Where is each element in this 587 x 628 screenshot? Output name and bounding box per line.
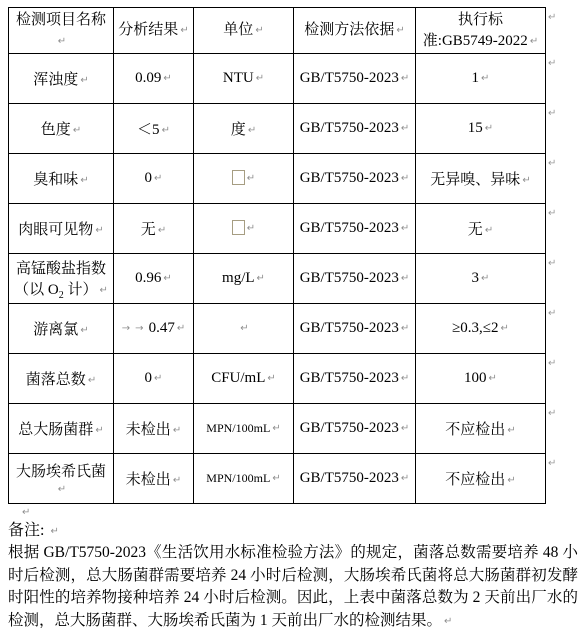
item-name-cell: 肉眼可见物↵ [9,204,114,254]
paragraph-mark-icon: ↵ [401,223,409,234]
standard-cell: 1↵ [416,54,546,104]
paragraph-mark-icon: ↵ [180,25,188,36]
header-label: 检测方法依据 [304,22,394,38]
table-row: 浑浊度↵0.09↵NTU↵GB/T5750-2023↵1↵ [9,54,546,104]
unit-cell: mg/L↵ [194,254,294,304]
paragraph-mark-icon: ↵ [247,223,255,234]
paragraph-mark-icon: ↵ [401,373,409,384]
header-label: 执行标 [458,12,503,28]
paragraph-mark-icon: ↵ [248,125,256,136]
row-end-mark-icon: ↵ [548,308,556,319]
method-cell: GB/T5750-2023↵ [294,54,416,104]
paragraph-mark-icon: ↵ [154,173,162,184]
notes-label-line: 备注: ↵ [8,519,578,542]
method-cell: GB/T5750-2023↵ [294,454,416,504]
paragraph-mark-icon: ↵ [247,173,255,184]
unit-cell: MPN/100mL↵ [194,404,294,454]
method-cell: GB/T5750-2023↵ [294,304,416,354]
method-text: GB/T5750-2023 [300,320,399,336]
water-quality-table: 检测项目名称↵ 分析结果↵ 单位↵ 检测方法依据↵ 执行标准:GB5749-20… [8,7,546,504]
table-row: 游离氯↵→→0.47↵↵GB/T5750-2023↵≥0.3,≤2↵ [9,304,546,354]
item-name-text: 臭和味 [33,172,78,188]
header-method: 检测方法依据↵ [294,8,416,54]
item-name-cell: 高锰酸盐指数（以 O2 计）↵ [9,254,114,304]
paragraph-mark-icon: ↵ [173,425,181,436]
paragraph-mark-icon: ↵ [489,373,497,384]
notes-text: 根据 GB/T5750-2023《生活饮用水标准检验方法》的规定，菌落总数需要培… [8,544,578,628]
header-row: 检测项目名称↵ 分析结果↵ 单位↵ 检测方法依据↵ 执行标准:GB5749-20… [9,8,546,54]
table-row: 大肠埃希氏菌↵未检出↵MPN/100mL↵GB/T5750-2023↵不应检出↵ [9,454,546,504]
paragraph-mark-icon: ↵ [99,285,107,296]
paragraph-mark-icon: ↵ [22,507,30,518]
method-text: GB/T5750-2023 [300,470,399,486]
standard-text: 1 [472,70,480,86]
method-cell: GB/T5750-2023↵ [294,354,416,404]
header-unit: 单位↵ [194,8,294,54]
item-name-text: 高锰酸盐指数 [16,261,106,277]
paragraph-mark-icon: ↵ [95,225,103,236]
paragraph-mark-icon: ↵ [481,273,489,284]
analysis-result-text: 0.09 [135,70,161,86]
unit-cell: NTU↵ [194,54,294,104]
row-end-mark-icon: ↵ [548,12,556,23]
paragraph-mark-icon: ↵ [80,175,88,186]
paragraph-mark-icon: ↵ [163,73,171,84]
header-standard: 执行标准:GB5749-2022↵ [416,8,546,54]
standard-text: 无异嗅、异味 [430,172,520,188]
paragraph-mark-icon: ↵ [272,423,280,434]
standard-cell: 3↵ [416,254,546,304]
item-name-cell: 游离氯↵ [9,304,114,354]
paragraph-mark-icon: ↵ [257,273,265,284]
unit-text: 度 [231,122,246,138]
item-name-cell: 大肠埃希氏菌↵ [9,454,114,504]
item-name-text: 肉眼可见物 [18,222,93,238]
notes-label: 备注: [8,522,48,539]
paragraph-mark-icon: ↵ [396,25,404,36]
row-end-mark-icon: ↵ [548,458,556,469]
table-row: 菌落总数↵0↵CFU/mL↵GB/T5750-2023↵100↵ [9,354,546,404]
unit-cell: ↵ [194,154,294,204]
unit-text: NTU [223,70,254,86]
paragraph-mark-icon: ↵ [50,526,58,537]
analysis-result-cell: 0↵ [114,354,194,404]
notes-section: ↵ 备注: ↵ 根据 GB/T5750-2023《生活饮用水标准检验方法》的规定… [8,505,578,628]
row-end-mark-icon: ↵ [548,408,556,419]
missing-glyph-box [232,220,245,235]
standard-cell: 不应检出↵ [416,404,546,454]
paragraph-mark-icon: ↵ [158,225,166,236]
paragraph-mark-icon: ↵ [80,325,88,336]
item-name-text: 总大肠菌群 [18,422,93,438]
header-label-line2: 准:GB5749-2022 [423,33,528,49]
method-cell: GB/T5750-2023↵ [294,204,416,254]
unit-text: MPN/100mL [206,421,270,435]
unit-cell: ↵ [194,204,294,254]
paragraph-mark-icon: ↵ [73,125,81,136]
standard-text: ≥0.3,≤2 [452,320,498,336]
standard-cell: ≥0.3,≤2↵ [416,304,546,354]
header-item-name: 检测项目名称↵ [9,8,114,54]
standard-cell: 无异嗅、异味↵ [416,154,546,204]
method-text: GB/T5750-2023 [300,420,399,436]
row-end-mark-icon: ↵ [548,108,556,119]
paragraph-mark-icon: ↵ [272,473,280,484]
analysis-result-cell: 0.96↵ [114,254,194,304]
header-label: 单位 [223,22,253,38]
analysis-result-cell: 0↵ [114,154,194,204]
paragraph-mark-icon: ↵ [88,375,96,386]
analysis-result-text: 0 [145,170,153,186]
standard-text: 3 [472,270,480,286]
method-text: GB/T5750-2023 [300,170,399,186]
standard-cell: 不应检出↵ [416,454,546,504]
analysis-result-cell: 未检出↵ [114,454,194,504]
method-text: GB/T5750-2023 [300,70,399,86]
table-row: 臭和味↵0↵↵GB/T5750-2023↵无异嗅、异味↵ [9,154,546,204]
method-text: GB/T5750-2023 [300,120,399,136]
analysis-result-text: ＜5 [137,122,160,138]
paragraph-mark-icon: ↵ [401,273,409,284]
row-end-mark-icon: ↵ [548,358,556,369]
method-text: GB/T5750-2023 [300,220,399,236]
standard-text: 100 [464,370,487,386]
paragraph-mark-icon: ↵ [401,473,409,484]
method-cell: GB/T5750-2023↵ [294,154,416,204]
paragraph-mark-icon: ↵ [401,123,409,134]
table-row: 色度↵＜5↵度↵GB/T5750-2023↵15↵ [9,104,546,154]
item-name-cell: 浑浊度↵ [9,54,114,104]
row-end-mark-icon: ↵ [548,158,556,169]
unit-text: mg/L [222,270,255,286]
paragraph-mark-icon: ↵ [401,323,409,334]
table-header: 检测项目名称↵ 分析结果↵ 单位↵ 检测方法依据↵ 执行标准:GB5749-20… [9,8,546,54]
paragraph-mark-icon: ↵ [507,475,515,486]
standard-cell: 100↵ [416,354,546,404]
document-page: 检测项目名称↵ 分析结果↵ 单位↵ 检测方法依据↵ 执行标准:GB5749-20… [0,0,587,628]
item-name-line2-end: 计） [64,282,98,298]
item-name-text: 大肠埃希氏菌 [16,464,106,480]
paragraph-mark-icon: ↵ [401,423,409,434]
table-row: 肉眼可见物↵无↵↵GB/T5750-2023↵无↵ [9,204,546,254]
item-name-cell: 臭和味↵ [9,154,114,204]
method-text: GB/T5750-2023 [300,270,399,286]
unit-cell: 度↵ [194,104,294,154]
item-name-cell: 菌落总数↵ [9,354,114,404]
analysis-result-cell: ＜5↵ [114,104,194,154]
paragraph-mark-icon: ↵ [530,36,538,47]
analysis-result-text: 0 [145,370,153,386]
analysis-result-cell: 未检出↵ [114,404,194,454]
paragraph-mark-icon: ↵ [522,175,530,186]
paragraph-mark-icon: ↵ [481,73,489,84]
item-name-cell: 总大肠菌群↵ [9,404,114,454]
item-name-text: 菌落总数 [26,372,86,388]
unit-cell: MPN/100mL↵ [194,454,294,504]
paragraph-mark-icon: ↵ [485,225,493,236]
row-end-mark-icon: ↵ [548,58,556,69]
paragraph-mark-icon: ↵ [173,475,181,486]
paragraph-mark-icon: ↵ [162,125,170,136]
paragraph-mark-icon: ↵ [485,123,493,134]
standard-text: 不应检出 [445,472,505,488]
standard-text: 15 [468,120,483,136]
paragraph-mark-icon: ↵ [256,73,264,84]
paragraph-mark-icon: ↵ [267,373,275,384]
row-end-mark-icon: ↵ [548,208,556,219]
item-name-cell: 色度↵ [9,104,114,154]
standard-text: 无 [468,222,483,238]
paragraph-mark-icon: ↵ [58,36,66,47]
method-text: GB/T5750-2023 [300,370,399,386]
standard-cell: 15↵ [416,104,546,154]
analysis-result-text: 无 [141,222,156,238]
unit-cell: ↵ [194,304,294,354]
table-body: 浑浊度↵0.09↵NTU↵GB/T5750-2023↵1↵色度↵＜5↵度↵GB/… [9,54,546,504]
analysis-result-text: 未检出 [126,422,171,438]
paragraph-mark-icon: ↵ [58,484,66,495]
method-cell: GB/T5750-2023↵ [294,254,416,304]
method-cell: GB/T5750-2023↵ [294,104,416,154]
row-end-mark-icon: ↵ [548,258,556,269]
item-name-line2: （以 O [14,282,59,298]
item-name-text: 浑浊度 [33,72,78,88]
paragraph-mark-icon: ↵ [401,173,409,184]
standard-cell: 无↵ [416,204,546,254]
item-name-text: 色度 [41,122,71,138]
table-row: 高锰酸盐指数（以 O2 计）↵0.96↵mg/L↵GB/T5750-2023↵3… [9,254,546,304]
paragraph-mark-icon: ↵ [95,425,103,436]
paragraph-mark-icon: ↵ [240,323,248,334]
paragraph-mark-icon: ↵ [255,25,263,36]
unit-text: CFU/mL [211,370,265,386]
header-analysis-result: 分析结果↵ [114,8,194,54]
tab-mark-icon: → [135,323,143,334]
header-label: 检测项目名称 [16,12,106,28]
paragraph-mark-icon: ↵ [163,273,171,284]
analysis-result-cell: 0.09↵ [114,54,194,104]
analysis-result-cell: 无↵ [114,204,194,254]
paragraph-mark-icon: ↵ [80,75,88,86]
paragraph-mark-icon: ↵ [401,73,409,84]
analysis-result-text: 未检出 [126,472,171,488]
method-cell: GB/T5750-2023↵ [294,404,416,454]
paragraph-mark-icon: ↵ [507,425,515,436]
unit-text: MPN/100mL [206,471,270,485]
analysis-result-text: 0.47 [149,320,175,336]
missing-glyph-box [232,170,245,185]
standard-text: 不应检出 [445,422,505,438]
paragraph-mark-icon: ↵ [154,373,162,384]
item-name-text: 游离氯 [33,322,78,338]
analysis-result-text: 0.96 [135,270,161,286]
table-row: 总大肠菌群↵未检出↵MPN/100mL↵GB/T5750-2023↵不应检出↵ [9,404,546,454]
paragraph-mark-icon: ↵ [177,323,185,334]
analysis-result-cell: →→0.47↵ [114,304,194,354]
header-label: 分析结果 [118,22,178,38]
notes-body: 根据 GB/T5750-2023《生活饮用水标准检验方法》的规定，菌落总数需要培… [8,542,578,628]
empty-paragraph: ↵ [8,505,578,519]
paragraph-mark-icon: ↵ [501,323,509,334]
tab-mark-icon: → [122,323,130,334]
unit-cell: CFU/mL↵ [194,354,294,404]
paragraph-mark-icon: ↵ [444,616,452,627]
